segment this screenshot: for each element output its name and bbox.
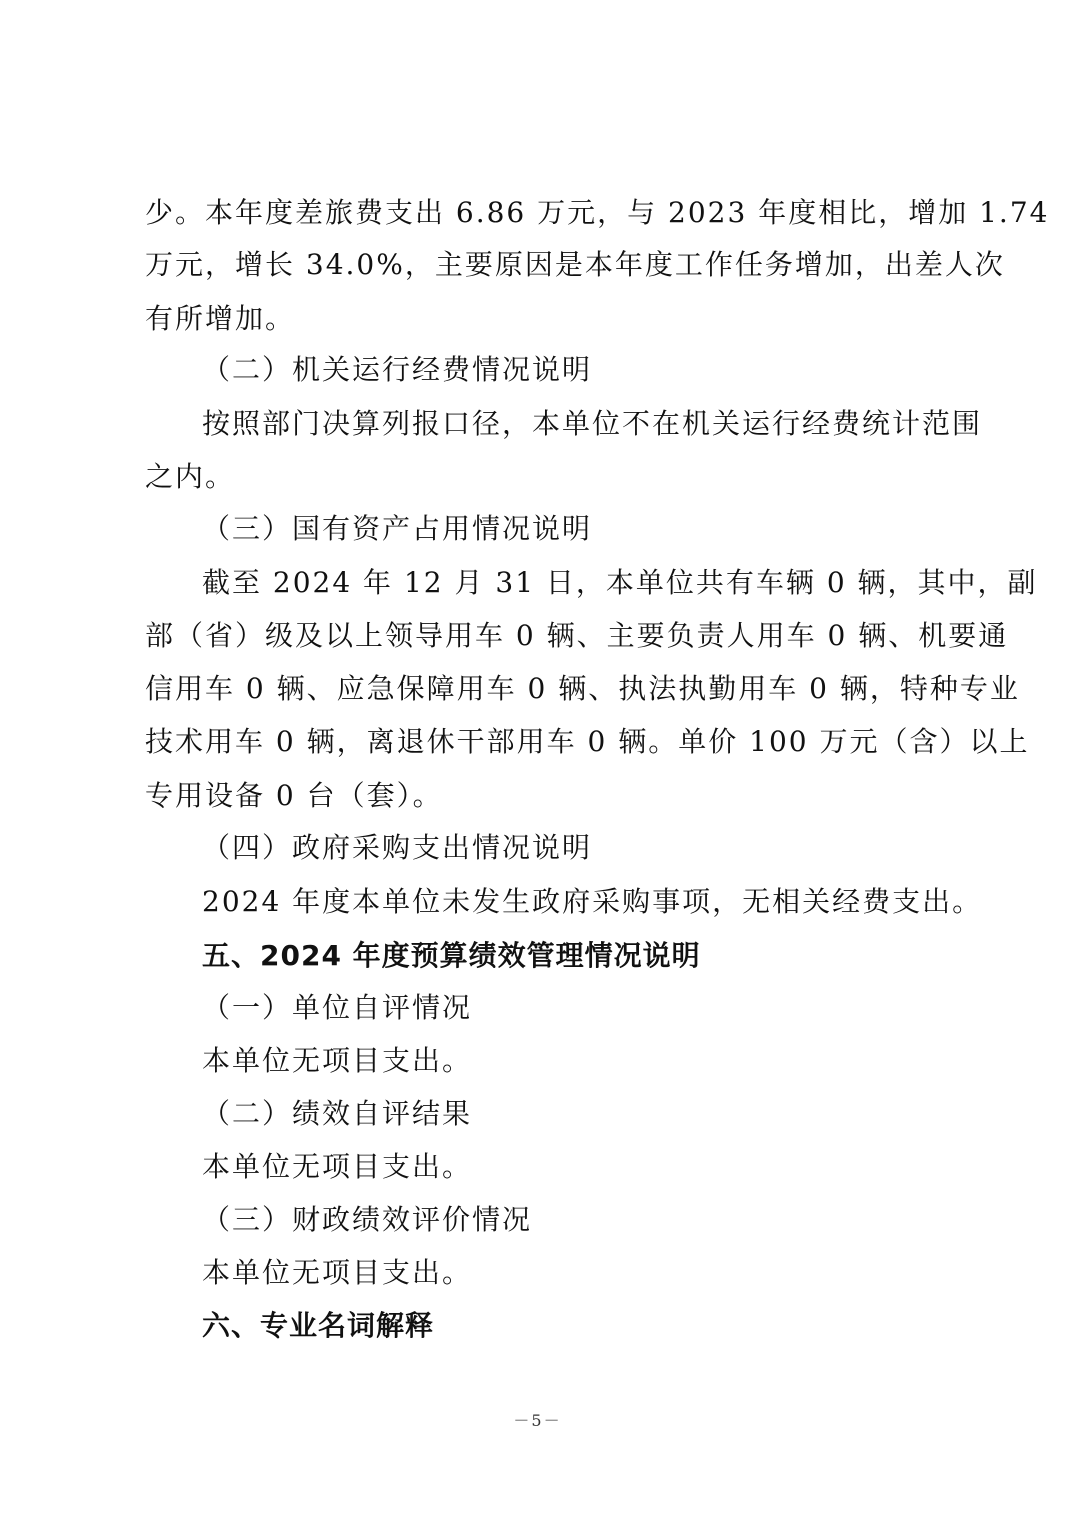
text-line: 本单位无项目支出。 — [202, 1147, 1002, 1187]
text-line: （三）财政绩效评价情况 — [202, 1200, 1002, 1240]
text-line: 之内。 — [145, 457, 945, 497]
text-line: 截至 2024 年 12 月 31 日，本单位共有车辆 0 辆，其中，副 — [202, 563, 1002, 603]
text-line: 技术用车 0 辆，离退休干部用车 0 辆。单价 100 万元（含）以上 — [145, 722, 941, 762]
section-heading: 六、专业名词解释 — [202, 1306, 1002, 1346]
text-line: （二）机关运行经费情况说明 — [202, 350, 1002, 390]
text-line: 信用车 0 辆、应急保障用车 0 辆、执法执勤用车 0 辆，特种专业 — [145, 669, 941, 709]
text-line: 按照部门决算列报口径，本单位不在机关运行经费统计范围 — [202, 404, 1002, 444]
text-line: 本单位无项目支出。 — [202, 1253, 1002, 1293]
text-line: （四）政府采购支出情况说明 — [202, 828, 1002, 868]
document-page: 少。本年度差旅费支出 6.86 万元，与 2023 年度相比，增加 1.74万元… — [0, 0, 1075, 1520]
text-line: （一）单位自评情况 — [202, 988, 1002, 1028]
text-line: 专用设备 0 台（套）。 — [145, 776, 945, 816]
text-line: 2024 年度本单位未发生政府采购事项，无相关经费支出。 — [202, 882, 1002, 922]
text-line: 万元，增长 34.0%，主要原因是本年度工作任务增加，出差人次 — [145, 245, 941, 285]
page-number: －5－ — [0, 1408, 1075, 1431]
text-line: 部（省）级及以上领导用车 0 辆、主要负责人用车 0 辆、机要通 — [145, 616, 941, 656]
text-line: 有所增加。 — [145, 299, 945, 339]
section-heading: 五、2024 年度预算绩效管理情况说明 — [202, 936, 1002, 976]
text-line: 少。本年度差旅费支出 6.86 万元，与 2023 年度相比，增加 1.74 — [145, 193, 941, 233]
text-line: 本单位无项目支出。 — [202, 1041, 1002, 1081]
text-line: （二）绩效自评结果 — [202, 1094, 1002, 1134]
text-line: （三）国有资产占用情况说明 — [202, 509, 1002, 549]
